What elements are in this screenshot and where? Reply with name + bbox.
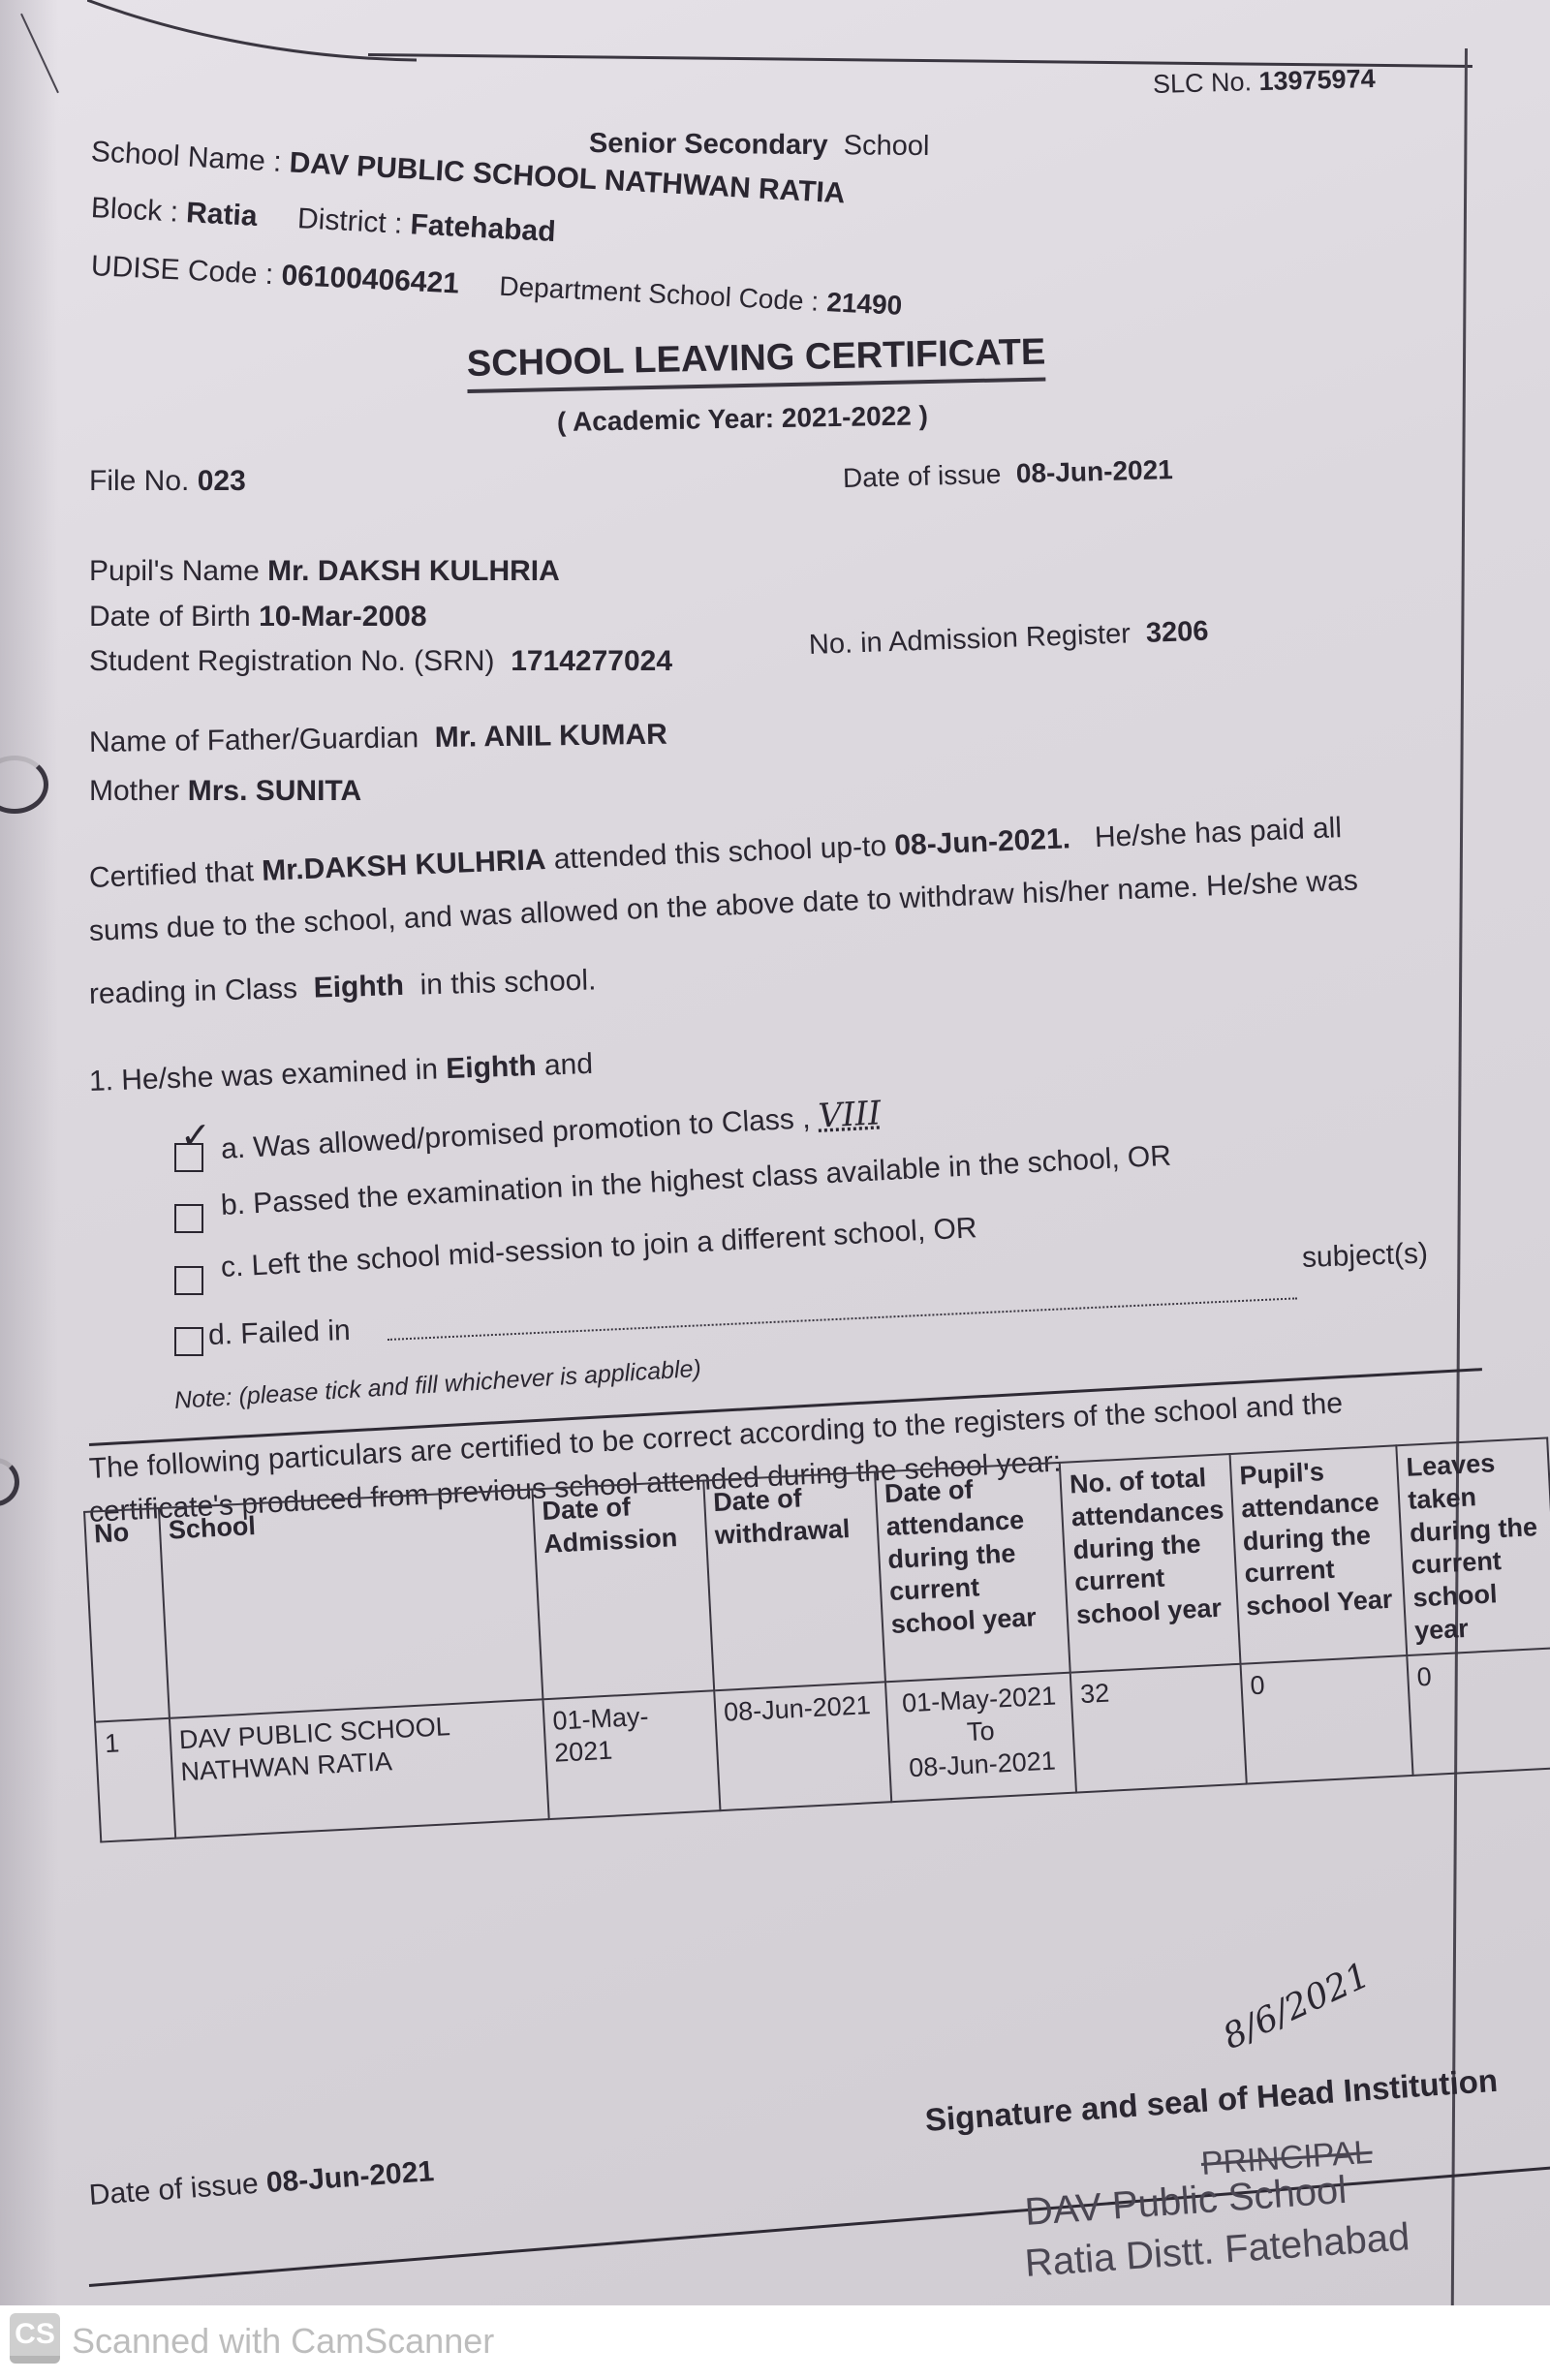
admission-register: No. in Admission Register 3206 [808, 616, 1209, 662]
cell-leaves: 0 [1407, 1648, 1550, 1776]
watermark-text: Scanned with CamScanner [72, 2321, 494, 2362]
father-name: Name of Father/Guardian Mr. ANIL KUMAR [89, 719, 667, 759]
col-total-attendances: No. of total attendances during the curr… [1060, 1454, 1240, 1672]
exam-intro: 1. He/she was examined in Eighth and [88, 1048, 593, 1098]
block-district-line: Block : Ratia District : Fatehabad [90, 192, 556, 249]
cell-attendance-dates: 01-May-2021 To 08-Jun-2021 [885, 1672, 1076, 1802]
col-pupil-attendance: Pupil's attendance during the current sc… [1229, 1445, 1407, 1663]
camscanner-logo-icon: CS [10, 2313, 60, 2364]
paper-shadow [0, 0, 58, 2305]
file-number: File No. 023 [89, 465, 246, 498]
certificate-title: SCHOOL LEAVING CERTIFICATE [466, 331, 1045, 393]
option-a-label: a. Was allowed/promised promotion to Cla… [220, 1094, 883, 1167]
date-of-birth: Date of Birth 10-Mar-2008 [89, 601, 427, 634]
cell-admission: 01-May-2021 [542, 1690, 720, 1819]
option-c-checkbox[interactable] [174, 1266, 203, 1295]
school-type: Senior Secondary School [589, 128, 930, 163]
col-leaves: Leaves taken during the current school y… [1397, 1437, 1550, 1654]
option-d-label: d. Failed in [207, 1314, 351, 1352]
checkmark-icon: ✓ [180, 1114, 211, 1158]
pupil-name: Pupil's Name Mr. DAKSH KULHRIA [89, 555, 560, 588]
mother-name: Mother Mrs. SUNITA [89, 775, 361, 808]
col-withdrawal: Date of withdrawal [703, 1472, 885, 1690]
option-d-checkbox[interactable] [174, 1327, 203, 1356]
failed-subjects-blank[interactable] [387, 1297, 1297, 1341]
col-attendance-dates: Date of attendance during the current sc… [875, 1463, 1070, 1682]
col-admission: Date of Admission [532, 1481, 714, 1699]
udise-line: UDISE Code : 06100406421 Department Scho… [90, 250, 903, 323]
issue-date-top: Date of issue 08-Jun-2021 [843, 454, 1174, 494]
cell-total-attendances: 32 [1070, 1663, 1247, 1792]
note-text: Note: (please tick and fill whichever is… [173, 1355, 701, 1415]
frame-right-border [1451, 48, 1468, 2305]
handwritten-signature: 8/6/2021 [1217, 1956, 1376, 2057]
slc-number: SLC No. 13975974 [1153, 64, 1376, 100]
academic-year: ( Academic Year: 2021-2022 ) [557, 400, 928, 438]
top-border-curve [87, 0, 417, 68]
option-c-label: c. Left the school mid-session to join a… [220, 1212, 977, 1284]
certification-line-3: reading in Class Eighth in this school. [89, 964, 597, 1011]
subjects-label: subject(s) [1301, 1237, 1428, 1275]
cell-pupil-attendance: 0 [1240, 1655, 1412, 1784]
col-no: No [84, 1508, 170, 1721]
scanner-watermark-bar: CS Scanned with CamScanner [0, 2305, 1550, 2380]
issue-date-bottom: Date of issue 08-Jun-2021 [88, 2155, 435, 2212]
signature-label: Signature and seal of Head Institution [924, 2062, 1499, 2139]
cell-school: DAV PUBLIC SCHOOL NATHWAN RATIA [170, 1699, 549, 1838]
cell-withdrawal: 08-Jun-2021 [714, 1682, 891, 1810]
certificate-paper: SLC No. 13975974 Senior Secondary School… [0, 0, 1550, 2305]
col-school: School [159, 1490, 543, 1718]
cell-no: 1 [95, 1717, 175, 1841]
srn: Student Registration No. (SRN) 171427702… [89, 645, 672, 678]
option-b-checkbox[interactable] [174, 1204, 203, 1233]
